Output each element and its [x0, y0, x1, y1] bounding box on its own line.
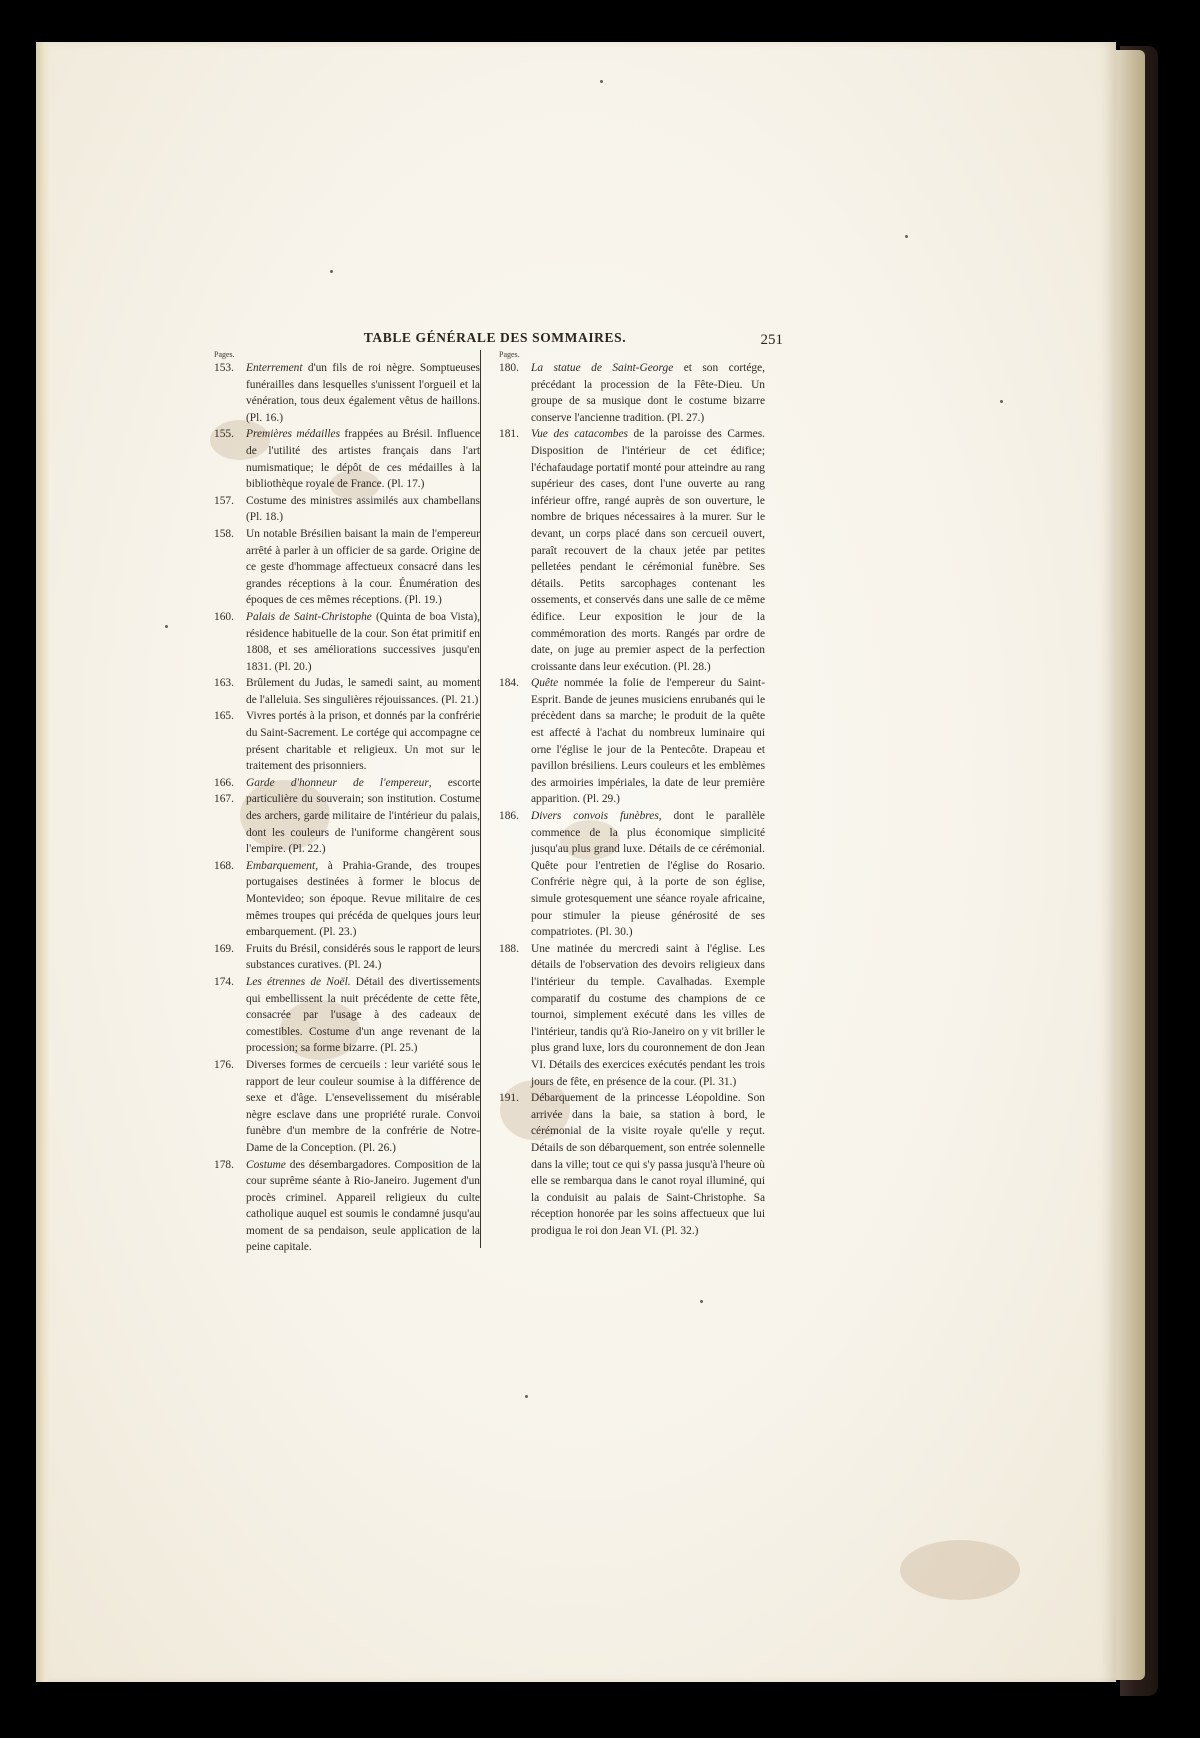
page-ref: 186.	[499, 808, 519, 825]
entry-text: Divers convois funèbres, dont le parallè…	[531, 810, 765, 938]
page-ref: 168.	[214, 858, 234, 875]
page-ref: 163.	[214, 675, 234, 692]
pages-label: Pages.	[499, 350, 765, 360]
entry-text: La statue de Saint-George et son cortége…	[531, 362, 765, 424]
summary-entry: 191.Débarquement de la princesse Léopold…	[497, 1090, 765, 1239]
summary-entry: 184.Quête nommée la folie de l'empereur …	[497, 675, 765, 808]
pages-label: Pages.	[214, 350, 480, 360]
page-ref: 165.	[214, 708, 234, 725]
entry-text: Palais de Saint-Christophe (Quinta de bo…	[246, 611, 480, 673]
summary-entry: 168.Embarquement, à Prahia-Grande, des t…	[212, 858, 480, 941]
entry-list: 180.La statue de Saint-George et son cor…	[497, 360, 765, 1239]
page-ref: 153.	[214, 360, 234, 377]
page-number: 251	[761, 332, 784, 349]
speck	[600, 80, 603, 83]
entry-text: Une matinée du mercredi saint à l'église…	[531, 943, 765, 1088]
page-ref: 178.	[214, 1157, 234, 1174]
entry-text: Brûlement du Judas, le samedi saint, au …	[246, 677, 480, 706]
spine-shadow	[36, 42, 50, 1682]
summary-entry: 157.Costume des ministres assimilés aux …	[212, 493, 480, 526]
summary-entry: 158.Un notable Brésilien baisant la main…	[212, 526, 480, 609]
entry-text: Costume des ministres assimilés aux cham…	[246, 495, 480, 524]
column-divider	[480, 350, 481, 1248]
entry-text: Les étrennes de Noël. Détail des diverti…	[246, 976, 480, 1054]
entry-text: Costume des désembargadores. Composition…	[246, 1159, 480, 1254]
summary-entry: 153.Enterrement d'un fils de roi nègre. …	[212, 360, 480, 426]
summary-entry: 169.Fruits du Brésil, considérés sous le…	[212, 941, 480, 974]
summary-entry: 180.La statue de Saint-George et son cor…	[497, 360, 765, 426]
summary-entry: 174.Les étrennes de Noël. Détail des div…	[212, 974, 480, 1057]
right-column: Pages. 180.La statue de Saint-George et …	[497, 350, 765, 1239]
speck	[1000, 400, 1003, 403]
entry-text: Vue des catacombes de la paroisse des Ca…	[531, 428, 765, 672]
speck	[905, 235, 908, 238]
page-title: TABLE GÉNÉRALE DES SOMMAIRES.	[215, 330, 775, 346]
speck	[165, 625, 168, 628]
summary-entry: 188.Une matinée du mercredi saint à l'ég…	[497, 941, 765, 1090]
entry-text: Fruits du Brésil, considérés sous le rap…	[246, 943, 480, 972]
entry-text: Un notable Brésilien baisant la main de …	[246, 528, 480, 606]
summary-entry: 166.167.Garde d'honneur de l'empereur, e…	[212, 775, 480, 858]
summary-entry: 165.Vivres portés à la prison, et donnés…	[212, 708, 480, 774]
speck	[525, 1395, 528, 1398]
entry-list: 153.Enterrement d'un fils de roi nègre. …	[212, 360, 480, 1256]
speck	[700, 1300, 703, 1303]
summary-entry: 155.Premières médailles frappées au Brés…	[212, 426, 480, 492]
page-ref: 191.	[499, 1090, 519, 1107]
page-ref: 176.	[214, 1057, 234, 1074]
page-ref: 157.	[214, 493, 234, 510]
summary-entry: 186.Divers convois funèbres, dont le par…	[497, 808, 765, 941]
page-ref: 188.	[499, 941, 519, 958]
entry-text: Diverses formes de cercueils : leur vari…	[246, 1059, 480, 1154]
summary-entry: 160.Palais de Saint-Christophe (Quinta d…	[212, 609, 480, 675]
page-header: TABLE GÉNÉRALE DES SOMMAIRES. 251	[215, 330, 775, 350]
summary-entry: 176.Diverses formes de cercueils : leur …	[212, 1057, 480, 1157]
page-ref: 166.	[214, 775, 234, 792]
page-ref: 184.	[499, 675, 519, 692]
page-ref: 160.	[214, 609, 234, 626]
page-ref: 169.	[214, 941, 234, 958]
speck	[330, 270, 333, 273]
entry-text: Débarquement de la princesse Léopoldine.…	[531, 1092, 765, 1237]
page-ref: 155.	[214, 426, 234, 443]
summary-entry: 163.Brûlement du Judas, le samedi saint,…	[212, 675, 480, 708]
page-ref: 167.	[214, 791, 234, 808]
entry-text: Embarquement, à Prahia-Grande, des troup…	[246, 860, 480, 938]
foxing-stain	[900, 1540, 1020, 1600]
left-column: Pages. 153.Enterrement d'un fils de roi …	[212, 350, 480, 1256]
entry-text: Premières médailles frappées au Brésil. …	[246, 428, 480, 490]
summary-entry: 178.Costume des désembargadores. Composi…	[212, 1157, 480, 1257]
page-ref: 180.	[499, 360, 519, 377]
entry-text: Enterrement d'un fils de roi nègre. Somp…	[246, 362, 480, 424]
page-ref: 181.	[499, 426, 519, 443]
entry-text: Vivres portés à la prison, et donnés par…	[246, 710, 480, 772]
entry-text: Quête nommée la folie de l'empereur du S…	[531, 677, 765, 805]
summary-entry: 181.Vue des catacombes de la paroisse de…	[497, 426, 765, 675]
page-ref: 158.	[214, 526, 234, 543]
entry-text: Garde d'honneur de l'empereur, escorte p…	[246, 777, 480, 855]
page-ref: 174.	[214, 974, 234, 991]
